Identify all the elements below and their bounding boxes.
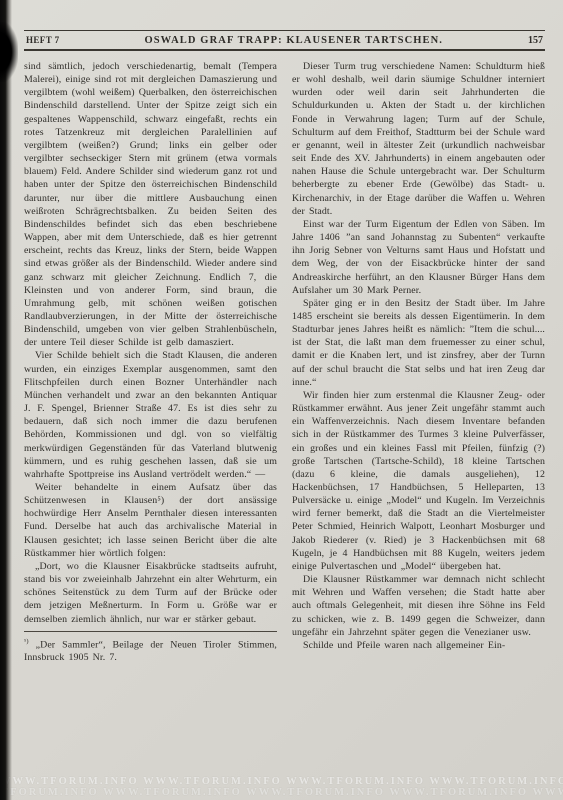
footnote: ⁵) „Der Sammler“, Beilage der Neuen Tiro… bbox=[24, 635, 277, 665]
running-title: OSWALD GRAF TRAPP: KLAUSENER TARTSCHEN. bbox=[60, 35, 529, 46]
issue-label: HEFT 7 bbox=[26, 35, 60, 45]
paragraph: Die Klausner Rüstkammer war demnach nich… bbox=[292, 573, 545, 639]
text-columns: sind sämtlich, jedoch verschiedenartig, … bbox=[24, 60, 545, 664]
paragraph: Schilde und Pfeile waren nach allgemeine… bbox=[292, 639, 545, 652]
paragraph: Vier Schilde behielt sich die Stadt Klau… bbox=[24, 349, 277, 481]
page-header: HEFT 7 OSWALD GRAF TRAPP: KLAUSENER TART… bbox=[24, 31, 545, 49]
paragraph: Später ging er in den Besitz der Stadt ü… bbox=[292, 297, 545, 389]
right-column: Dieser Turm trug verschiedene Namen: Sch… bbox=[292, 60, 545, 664]
footnote-text: „Der Sammler“, Beilage der Neuen Tiroler… bbox=[24, 639, 277, 663]
paragraph: Einst war der Turm Eigentum der Edlen vo… bbox=[292, 218, 545, 297]
paragraph: Wir finden hier zum erstenmal die Klausn… bbox=[292, 389, 545, 573]
scanned-page: HEFT 7 OSWALD GRAF TRAPP: KLAUSENER TART… bbox=[0, 0, 563, 800]
page-number: 157 bbox=[528, 35, 543, 46]
scan-edge-shadow bbox=[0, 0, 12, 800]
header-rule-bottom bbox=[24, 49, 545, 51]
scan-corner-shadow bbox=[0, 22, 18, 82]
paragraph: „Dort, wo die Klausner Eisakbrücke stadt… bbox=[24, 560, 277, 626]
footnote-rule bbox=[24, 631, 277, 632]
paragraph: Weiter behandelte in einem Aufsatz über … bbox=[24, 481, 277, 560]
paragraph: sind sämtlich, jedoch verschiedenartig, … bbox=[24, 60, 277, 349]
left-column: sind sämtlich, jedoch verschiedenartig, … bbox=[24, 60, 277, 664]
paragraph: Dieser Turm trug verschiedene Namen: Sch… bbox=[292, 60, 545, 218]
